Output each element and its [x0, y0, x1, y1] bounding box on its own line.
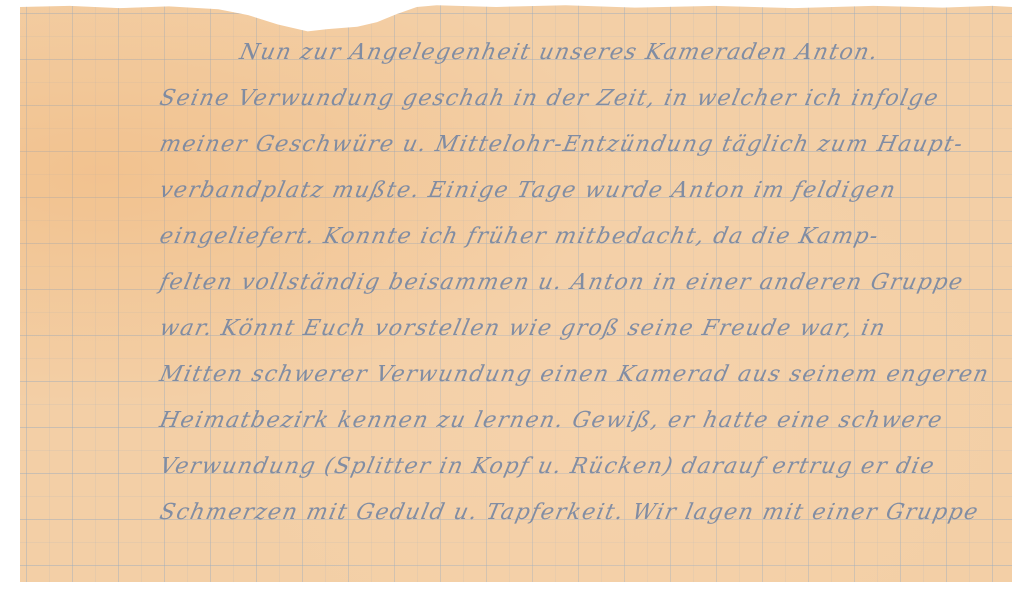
handwritten-line-cut: …: [157, 546, 186, 571]
handwritten-line: Nun zur Angelegenheit unseres Kameraden …: [237, 40, 881, 65]
letter-page: Nun zur Angelegenheit unseres Kameraden …: [20, 0, 1012, 582]
handwritten-line: meiner Geschwüre u. Mittelohr-Entzündung…: [157, 132, 966, 157]
handwritten-line: verbandplatz mußte. Einige Tage wurde An…: [157, 178, 898, 203]
handwritten-line: Heimatbezirk kennen zu lernen. Gewiß, er…: [157, 408, 945, 433]
handwritten-line: Seine Verwundung geschah in der Zeit, in…: [157, 86, 941, 111]
handwritten-line: war. Könnt Euch vorstellen wie groß sein…: [157, 316, 888, 341]
handwritten-line: felten vollständig beisammen u. Anton in…: [157, 270, 966, 295]
handwritten-line: eingeliefert. Konnte ich früher mitbedac…: [157, 224, 881, 249]
handwritten-line: Schmerzen mit Geduld u. Tapferkeit. Wir …: [157, 500, 981, 525]
handwritten-line: Mitten schwerer Verwundung einen Kamerad…: [157, 362, 992, 387]
handwritten-line: Verwundung (Splitter in Kopf u. Rücken) …: [157, 454, 937, 479]
